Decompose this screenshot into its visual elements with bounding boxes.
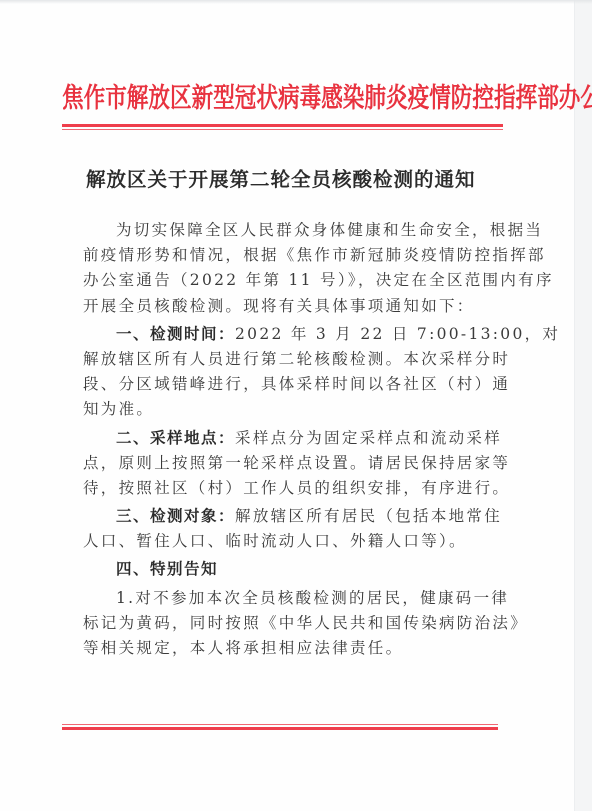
section-line: 点，原则上按照第一轮采样点设置。请居民保持居家等 bbox=[83, 451, 483, 476]
notice-item-line: 等相关规定，本人将承担相应法律责任。 bbox=[83, 636, 483, 661]
section-4-heading-line: 四、特别告知 bbox=[83, 557, 483, 582]
section-line: 解放辖区所有人员进行第二轮核酸检测。本次采样分时 bbox=[83, 347, 483, 372]
section-2-first-line: 二、采样地点：采样点分为固定采样点和流动采样 bbox=[83, 426, 483, 451]
notice-item-line: 标记为黄码，同时按照《中华人民共和国传染病防治法》 bbox=[83, 611, 483, 636]
rule-thin-line bbox=[62, 129, 503, 130]
section-3-first-line: 三、检测对象：解放辖区所有居民（包括本地常住 bbox=[83, 504, 483, 529]
section-line: 知为准。 bbox=[83, 397, 483, 422]
intro-line: 为切实保障全区人民群众身体健康和生命安全，根据当 bbox=[83, 218, 483, 243]
section-heading: 三、检测对象： bbox=[116, 507, 235, 525]
intro-line: 前疫情形势和情况，根据《焦作市新冠肺炎疫情防控指挥部 bbox=[83, 243, 483, 268]
rule-thick-line bbox=[62, 727, 498, 730]
document-body: 为切实保障全区人民群众身体健康和生命安全，根据当 前疫情形势和情况，根据《焦作市… bbox=[83, 218, 483, 661]
section-heading: 一、检测时间： bbox=[116, 325, 235, 343]
section-text: 采样点分为固定采样点和流动采样 bbox=[235, 429, 502, 447]
document-title: 解放区关于开展第二轮全员核酸检测的通知 bbox=[86, 166, 486, 194]
section-heading: 二、采样地点： bbox=[116, 429, 235, 447]
intro-line: 办公室通告（2022 年第 11 号）》，决定在全区范围内有序 bbox=[83, 268, 483, 293]
section-line: 人口、暂住人口、临时流动人口、外籍人口等）。 bbox=[83, 529, 483, 554]
document-page: 焦作市解放区新型冠状病毒感染肺炎疫情防控指挥部办公室 解放区关于开展第二轮全员核… bbox=[0, 0, 575, 811]
footer-red-rule bbox=[62, 724, 498, 730]
section-line: 段、分区域错峰进行，具体采样时间以各社区（村）通 bbox=[83, 372, 483, 397]
letterhead-red-rule bbox=[62, 124, 503, 130]
section-line: 待，按照社区（村）工作人员的组织安排，有序进行。 bbox=[83, 476, 483, 501]
section-text: 2022 年 3 月 22 日 7:00-13:00，对 bbox=[235, 325, 560, 343]
intro-line: 开展全员核酸检测。现将有关具体事项通知如下： bbox=[83, 294, 483, 319]
notice-item-line: 1.对不参加本次全员核酸检测的居民，健康码一律 bbox=[83, 586, 483, 611]
section-heading: 四、特别告知 bbox=[116, 560, 218, 578]
letterhead-org-name: 焦作市解放区新型冠状病毒感染肺炎疫情防控指挥部办公室 bbox=[62, 80, 411, 118]
section-text: 解放辖区所有居民（包括本地常住 bbox=[235, 507, 502, 525]
scan-edge-shade bbox=[0, 0, 592, 4]
section-1-first-line: 一、检测时间：2022 年 3 月 22 日 7:00-13:00，对 bbox=[83, 322, 483, 347]
